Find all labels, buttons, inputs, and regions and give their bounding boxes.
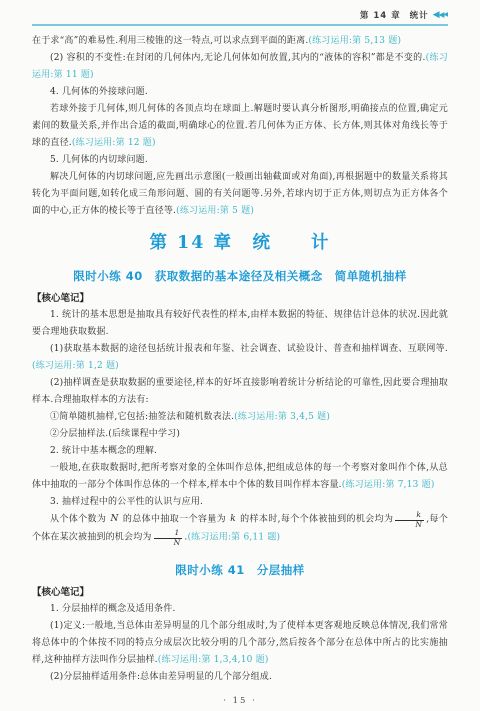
running-head-section: 统计 — [410, 9, 429, 21]
paragraph: 3. 抽样过程中的公平性的认识与应用. — [32, 494, 448, 511]
exercise-citation: (练习运用:第 5 题) — [176, 206, 254, 216]
page-header: 第 14 章 统计 ◀ ◀ ◀ — [0, 0, 480, 26]
page-content: 在于求“高”的难易性.利用三棱锥的这一特点,可以求点到平面的距离.(练习运用:第… — [0, 26, 480, 686]
fraction: 1N — [154, 529, 183, 547]
paragraph: 一般地,在获取数据时,把所考察对象的全体叫作总体,把组成总体的每一个考察对象叫作… — [32, 460, 448, 494]
fraction: kN — [395, 511, 424, 529]
exercise-citation: (练习运用:第 1,2 题) — [32, 361, 119, 371]
lesson-40-paragraphs: 1. 统计的基本思想是抽取具有较好代表性的样本,由样本数据的特征、规律估计总体的… — [32, 307, 448, 548]
paragraph: 5. 几何体的内切球问题. — [32, 152, 448, 169]
left-triangle-icon: ◀ — [443, 12, 448, 18]
page-number: · 15 · — [0, 696, 480, 706]
paragraph: 2. 统计中基本概念的理解. — [32, 443, 448, 460]
paragraph: 解决几何体的内切球问题,应先画出示意图(一般画出轴截面或对角面),再根据题中的数… — [32, 169, 448, 220]
paragraph: (1)定义:一般地,当总体由差异明显的几个部分组成时,为了使样本更客观地反映总体… — [32, 618, 448, 669]
header-arrows-icon: ◀ ◀ ◀ — [433, 11, 448, 20]
lesson-41-paragraphs: 1. 分层抽样的概念及适用条件.(1)定义:一般地,当总体由差异明显的几个部分组… — [32, 601, 448, 686]
math-variable: k — [229, 514, 237, 524]
paragraph: 4. 几何体的外接球问题. — [32, 84, 448, 101]
core-notes-label: 【核心笔记】 — [32, 586, 448, 599]
paragraph: ②分层抽样法.(后续课程中学习) — [32, 426, 448, 443]
paragraph: (2)分层抽样适用条件:总体由差异明显的几个部分组成. — [32, 669, 448, 686]
paragraph: 从个体个数为 N 的总体中抽取一个容量为 k 的样本时,每个个体被抽到的机会均为… — [32, 511, 448, 548]
exercise-citation: (练习运用:第 5,13 题) — [308, 36, 401, 46]
paragraph: (2)抽样调查是获取数据的重要途径,样本的好坏直接影响着统计分析结论的可靠性,因… — [32, 375, 448, 409]
running-head-chapter: 第 14 章 — [360, 9, 401, 21]
paragraph: ①简单随机抽样,它包括:抽签法和随机数表法.(练习运用:第 3,4,5 题) — [32, 409, 448, 426]
core-notes-label: 【核心笔记】 — [32, 292, 448, 305]
lesson-40-heading: 限时小练 40 获取数据的基本途径及相关概念 简单随机抽样 — [32, 269, 448, 283]
textbook-page: 第 14 章 统计 ◀ ◀ ◀ 在于求“高”的难易性.利用三棱锥的这一特点,可以… — [0, 0, 480, 711]
exercise-citation: (练习运用:第 6,11 题) — [187, 533, 280, 543]
paragraph: 在于求“高”的难易性.利用三棱锥的这一特点,可以求点到平面的距离.(练习运用:第… — [32, 33, 448, 50]
running-head: 第 14 章 统计 ◀ ◀ ◀ — [32, 9, 448, 21]
paragraph: 1. 统计的基本思想是抽取具有较好代表性的样本,由样本数据的特征、规律估计总体的… — [32, 307, 448, 341]
chapter-title: 第 14 章 统 计 — [32, 233, 448, 254]
paragraph: 若球外接于几何体,则几何体的各顶点均在球面上.解题时要认真分析图形,明确接点的位… — [32, 101, 448, 152]
exercise-citation: (练习运用:第 1,3,4,10 题) — [158, 655, 269, 665]
math-variable: N — [110, 514, 120, 524]
paragraph: (2) 容积的不变性:在封闭的几何体内,无论几何体如何放置,其内的“液体的容积”… — [32, 50, 448, 84]
exercise-citation: (练习运用:第 11 题) — [32, 53, 448, 80]
lesson-41-heading: 限时小练 41 分层抽样 — [32, 563, 448, 577]
exercise-citation: (练习运用:第 3,4,5 题) — [234, 412, 330, 422]
paragraph: 1. 分层抽样的概念及适用条件. — [32, 601, 448, 618]
paragraph: (1)获取基本数据的途径包括统计报表和年鉴、社会调查、试验设计、普查和抽样调查、… — [32, 341, 448, 375]
intro-paragraphs: 在于求“高”的难易性.利用三棱锥的这一特点,可以求点到平面的距离.(练习运用:第… — [32, 33, 448, 220]
exercise-citation: (练习运用:第 12 题) — [72, 138, 156, 148]
exercise-citation: (练习运用:第 7,13 题) — [342, 480, 435, 490]
